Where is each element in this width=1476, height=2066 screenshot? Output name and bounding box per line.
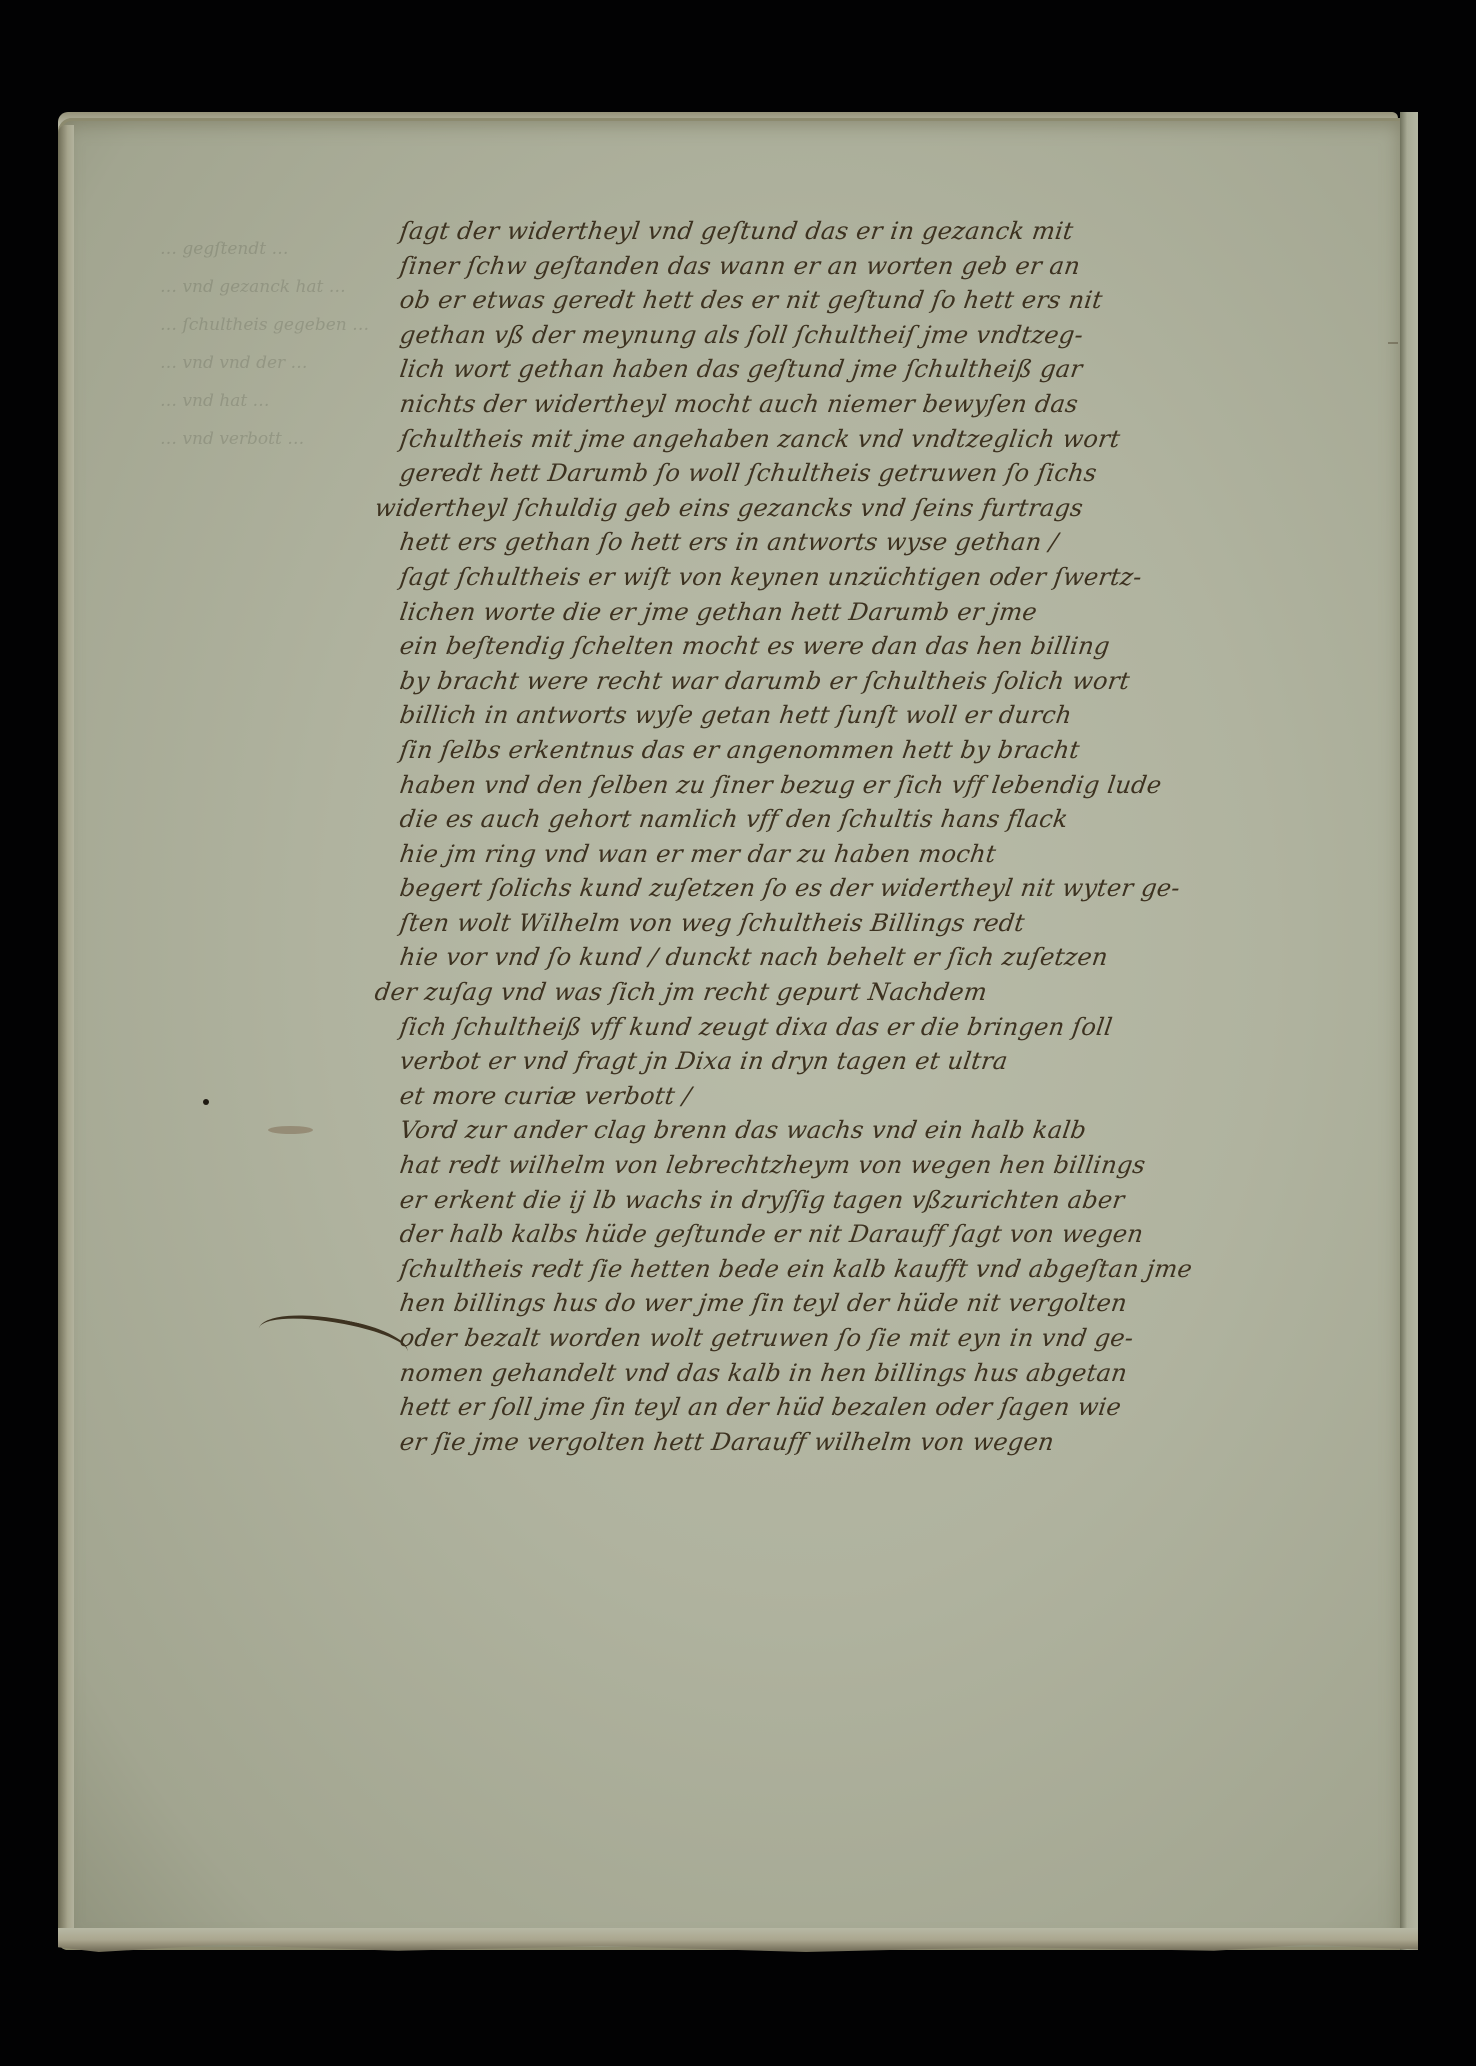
text-line: haben vnd den ſelben zu ſiner bezug er ſ… (398, 768, 1393, 803)
text-line: ſin ſelbs erkentnus das er angenommen he… (398, 733, 1393, 768)
text-line: hett er ſoll jme ſin teyl an der hüd bez… (398, 1390, 1393, 1425)
text-line: er ſie jme vergolten hett Darauff wilhel… (398, 1425, 1393, 1460)
bleedthrough-line: … vnd gezanck hat … (160, 268, 390, 306)
text-line: ſagt der widertheyl vnd geſtund das er i… (398, 214, 1393, 249)
text-line: oder bezalt worden wolt getruwen ſo ſie … (398, 1321, 1393, 1356)
ink-smudge (268, 1126, 313, 1134)
text-line: ſchultheis redt ſie hetten bede ein kalb… (398, 1252, 1393, 1287)
text-line: widertheyl ſchuldig geb eins gezancks vn… (373, 491, 1393, 526)
text-line: hen billings hus do wer jme ſin teyl der… (398, 1286, 1393, 1321)
text-line: nichts der widertheyl mocht auch niemer … (398, 387, 1393, 422)
text-line: ob er etwas geredt hett des er nit geſtu… (398, 283, 1393, 318)
ink-dot (203, 1099, 209, 1105)
text-line: ſagt ſchultheis er wiſt von keynen unzüc… (398, 560, 1393, 595)
text-line: lichen worte die er jme gethan hett Daru… (398, 595, 1393, 630)
text-line: by bracht were recht war darumb er ſchul… (398, 664, 1393, 699)
text-line: ſiner ſchw geſtanden das wann er an wort… (398, 249, 1393, 284)
text-line: der zuſag vnd was ſich jm recht gepurt N… (373, 975, 1393, 1010)
manuscript-text: ſagt der widertheyl vnd geſtund das er i… (400, 214, 1390, 1459)
text-line: ein beſtendig ſchelten mocht es were dan… (398, 629, 1393, 664)
bleedthrough-line: … vnd hat … (160, 382, 390, 420)
text-line: begert ſolichs kund zuſetzen ſo es der w… (398, 871, 1393, 906)
text-line: nomen gehandelt vnd das kalb in hen bill… (398, 1356, 1393, 1391)
adjacent-leaf-edge (1400, 112, 1418, 1950)
text-line: lich wort gethan haben das geſtund jme ſ… (398, 352, 1393, 387)
text-line: ſich ſchultheiß vff kund zeugt dixa das … (398, 1010, 1393, 1045)
text-line: die es auch gehort namlich vff den ſchul… (398, 802, 1393, 837)
text-line: hett ers gethan ſo hett ers in antworts … (398, 525, 1393, 560)
bleedthrough-line: … vnd vnd der … (160, 344, 390, 382)
bleedthrough-line: … gegſtendt … (160, 230, 390, 268)
text-line: er erkent die ij lb wachs in dryſſig tag… (398, 1183, 1393, 1218)
page-left-edge (58, 125, 74, 1945)
text-line: verbot er vnd fragt jn Dixa in dryn tage… (398, 1044, 1393, 1079)
text-line: billich in antworts wyſe getan hett ſunſ… (398, 698, 1393, 733)
bleedthrough-line: … vnd verbott … (160, 420, 390, 458)
text-line: ſten wolt Wilhelm von weg ſchultheis Bil… (398, 906, 1393, 941)
text-line: hie jm ring vnd wan er mer dar zu haben … (398, 837, 1393, 872)
text-line: gethan vß der meynung als ſoll ſchulthei… (398, 318, 1393, 353)
margin-bleedthrough: … gegſtendt … … vnd gezanck hat … … ſchu… (160, 230, 390, 458)
text-line: der halb kalbs hüde geſtunde er nit Dara… (398, 1217, 1393, 1252)
text-line: ſchultheis mit jme angehaben zanck vnd v… (398, 422, 1393, 457)
text-line: hie vor vnd ſo kund / dunckt nach behelt… (398, 940, 1393, 975)
text-line: geredt hett Darumb ſo woll ſchultheis ge… (398, 456, 1393, 491)
text-line: et more curiæ verbott / (398, 1079, 1393, 1114)
text-line: Vord zur ander clag brenn das wachs vnd … (398, 1113, 1393, 1148)
bleedthrough-line: … ſchultheis gegeben … (160, 306, 390, 344)
text-line: hat redt wilhelm von lebrechtzheym von w… (398, 1148, 1393, 1183)
